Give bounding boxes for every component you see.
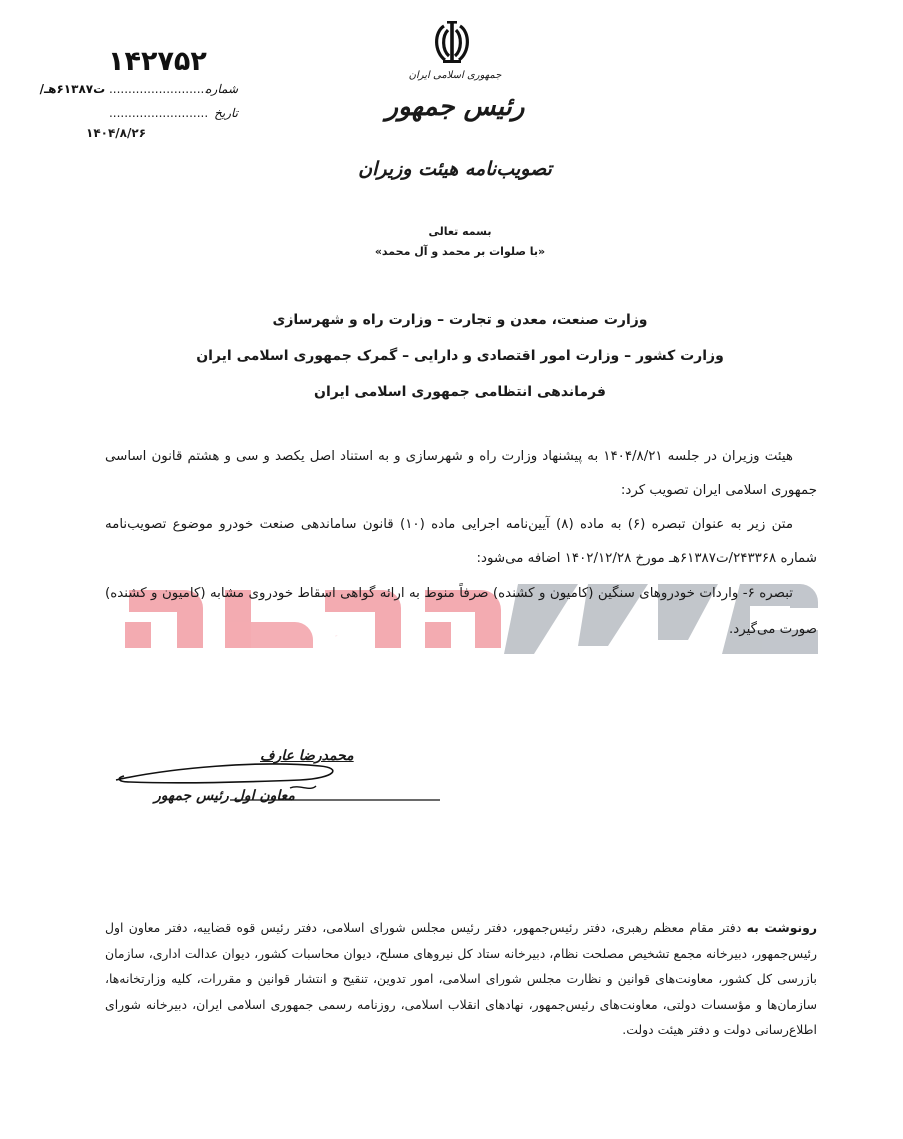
reference-block: ۱۴۲۷۵۲ شماره .......................... …: [8, 40, 238, 150]
recipient-line: فرماندهی انتظامی جمهوری اسلامی ایران: [150, 374, 770, 410]
signatory-name: محمدرضا عارف: [260, 748, 354, 764]
president-title: رئیس جمهور: [360, 92, 550, 122]
number-value: ت۶۱۳۸۷هـ/: [40, 82, 106, 96]
body-paragraph-1: هیئت وزیران در جلسه ۱۴۰۴/۸/۲۱ به پیشنهاد…: [105, 440, 817, 508]
carbon-copy-list: رونوشت به دفتر مقام معظم رهبری، دفتر رئی…: [105, 915, 817, 1043]
cc-label: رونوشت به: [747, 920, 817, 935]
date-label: تاریخ: [212, 106, 238, 120]
cabinet-resolution-title: تصویب‌نامه هیئت وزیران: [340, 158, 570, 180]
number-dots: ..........................: [109, 82, 208, 96]
note-paragraph: تبصره ۶- واردات خودروهای سنگین (کامیون و…: [105, 576, 817, 648]
invocation-line-1: بسمه تعالی: [330, 222, 590, 242]
body-paragraph-2: متن زیر به عنوان تبصره (۶) به ماده (۸) آ…: [105, 508, 817, 576]
recipient-line: وزارت کشور – وزارت امور اقتصادی و دارایی…: [150, 338, 770, 374]
signatory-title: معاون اول رئیس جمهور: [154, 788, 295, 804]
invocation: بسمه تعالی «با صلوات بر محمد و آل محمد»: [330, 222, 590, 262]
invocation-line-2: «با صلوات بر محمد و آل محمد»: [330, 242, 590, 262]
iran-emblem-icon: [427, 18, 477, 66]
number-label: شماره: [212, 82, 238, 96]
date-row: تاریخ ..........................: [8, 106, 238, 120]
resolution-body: هیئت وزیران در جلسه ۱۴۰۴/۸/۲۱ به پیشنهاد…: [105, 440, 817, 576]
date-value: ۱۴۰۴/۸/۲۶: [86, 126, 146, 140]
recipients: وزارت صنعت، معدن و تجارت – وزارت راه و ش…: [150, 302, 770, 410]
signature-block: محمدرضا عارف معاون اول رئیس جمهور: [110, 740, 450, 830]
recipient-line: وزارت صنعت، معدن و تجارت – وزارت راه و ش…: [150, 302, 770, 338]
country-title: جمهوری اسلامی ایران: [360, 70, 550, 81]
number-row: شماره .......................... ت۶۱۳۸۷ه…: [8, 82, 238, 96]
cc-paragraph: رونوشت به دفتر مقام معظم رهبری، دفتر رئی…: [105, 915, 817, 1043]
date-dots: ..........................: [109, 106, 208, 120]
handwritten-number: ۱۴۲۷۵۲: [108, 46, 207, 77]
cc-text: دفتر مقام معظم رهبری، دفتر رئیس‌جمهور، د…: [105, 920, 817, 1037]
resolution-note: تبصره ۶- واردات خودروهای سنگین (کامیون و…: [105, 576, 817, 648]
